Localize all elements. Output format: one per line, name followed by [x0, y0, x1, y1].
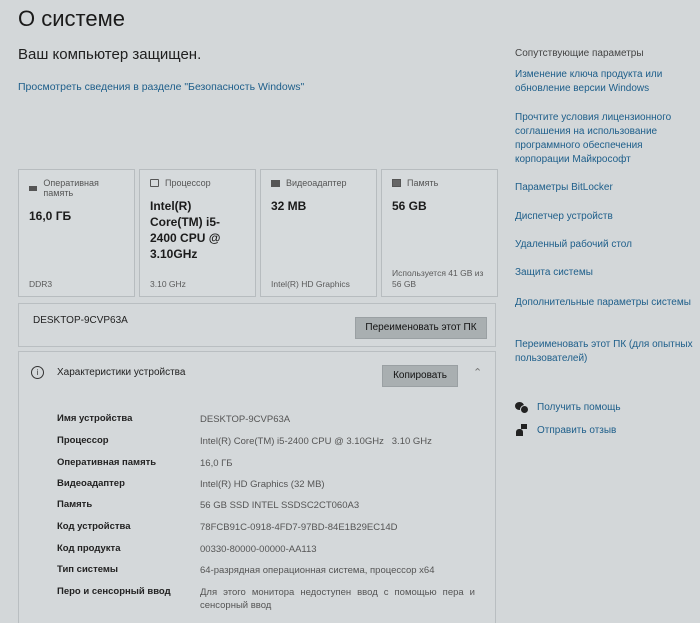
remote-desktop-link[interactable]: Удаленный рабочий стол	[515, 238, 695, 252]
license-terms-link[interactable]: Прочтите условия лицензионного соглашени…	[515, 111, 695, 167]
device-specs-title: Характеристики устройства	[57, 367, 185, 378]
spec-value: 56 GB SSD INTEL SSDSC2CT060A3	[200, 499, 475, 512]
pc-name-row: DESKTOP-9CVP63A Переименовать этот ПК	[18, 303, 496, 347]
card-sub: 3.10 GHz	[150, 279, 247, 290]
card-gpu: Видеоадаптер 32 MB Intel(R) HD Graphics	[260, 169, 377, 297]
card-label: Видеоадаптер	[286, 178, 346, 188]
spec-label: Тип системы	[57, 564, 118, 575]
spec-value: Для этого монитора недоступен ввод с пом…	[200, 586, 475, 612]
rename-pc-advanced-link[interactable]: Переименовать этот ПК (для опытных польз…	[515, 338, 695, 366]
card-label: Оперативная память	[43, 178, 124, 198]
send-feedback-label: Отправить отзыв	[537, 425, 616, 436]
card-label: Процессор	[165, 178, 211, 188]
ram-icon	[29, 186, 37, 191]
card-sub: DDR3	[29, 279, 126, 290]
send-feedback-link[interactable]: Отправить отзыв	[515, 424, 616, 436]
pc-name: DESKTOP-9CVP63A	[33, 315, 128, 326]
spec-label: Оперативная память	[57, 457, 156, 468]
card-value: 32 MB	[271, 198, 366, 214]
card-ram: Оперативная память 16,0 ГБ DDR3	[18, 169, 135, 297]
card-sub: Intel(R) HD Graphics	[271, 279, 368, 290]
copy-button[interactable]: Копировать	[382, 365, 458, 387]
info-icon: i	[31, 366, 44, 379]
advanced-system-settings-link[interactable]: Дополнительные параметры системы	[515, 296, 695, 310]
security-details-link[interactable]: Просмотреть сведения в разделе "Безопасн…	[18, 81, 308, 94]
bitlocker-link[interactable]: Параметры BitLocker	[515, 181, 695, 195]
card-value: 56 GB	[392, 198, 487, 214]
device-specs-header[interactable]: i Характеристики устройства Копировать ⌃	[18, 351, 496, 393]
card-value: 16,0 ГБ	[29, 208, 124, 224]
change-product-key-link[interactable]: Изменение ключа продукта или обновление …	[515, 68, 695, 96]
card-cpu: Процессор Intel(R) Core(TM) i5-2400 CPU …	[139, 169, 256, 297]
device-manager-link[interactable]: Диспетчер устройств	[515, 210, 695, 224]
spec-label: Память	[57, 499, 92, 510]
protection-status: Ваш компьютер защищен.	[18, 46, 201, 63]
rename-pc-button[interactable]: Переименовать этот ПК	[355, 317, 487, 339]
page-title: О системе	[18, 6, 125, 32]
spec-value: 16,0 ГБ	[200, 457, 475, 470]
spec-value: Intel(R) Core(TM) i5-2400 CPU @ 3.10GHz …	[200, 435, 475, 448]
gpu-icon	[271, 180, 280, 187]
about-page: О системе Ваш компьютер защищен. Просмот…	[0, 0, 700, 623]
spec-value: 78FCB91C-0918-4FD7-97BD-84E1B29EC14D	[200, 521, 475, 534]
spec-value: DESKTOP-9CVP63A	[200, 413, 475, 426]
storage-icon	[392, 179, 401, 187]
related-settings-heading: Сопутствующие параметры	[515, 48, 644, 59]
chevron-up-icon[interactable]: ⌃	[473, 366, 482, 379]
spec-value: 64-разрядная операционная система, проце…	[200, 564, 475, 577]
spec-label: Имя устройства	[57, 413, 132, 424]
card-sub: Используется 41 GB из 56 GB	[392, 268, 489, 290]
spec-label: Код устройства	[57, 521, 131, 532]
help-icon	[515, 401, 527, 413]
card-label: Память	[407, 178, 438, 188]
card-storage: Память 56 GB Используется 41 GB из 56 GB	[381, 169, 498, 297]
spec-value: 00330-80000-00000-AA113	[200, 543, 475, 556]
system-protection-link[interactable]: Защита системы	[515, 266, 695, 280]
device-specs-list: Имя устройства DESKTOP-9CVP63A Процессор…	[18, 393, 496, 623]
spec-label: Перо и сенсорный ввод	[57, 586, 171, 597]
get-help-link[interactable]: Получить помощь	[515, 401, 621, 413]
cpu-icon	[150, 179, 159, 187]
spec-label: Процессор	[57, 435, 109, 446]
card-value: Intel(R) Core(TM) i5-2400 CPU @ 3.10GHz	[150, 198, 245, 262]
feedback-icon	[515, 424, 527, 436]
get-help-label: Получить помощь	[537, 402, 621, 413]
spec-label: Код продукта	[57, 543, 121, 554]
spec-label: Видеоадаптер	[57, 478, 125, 489]
spec-value: Intel(R) HD Graphics (32 MB)	[200, 478, 475, 491]
hardware-cards: Оперативная память 16,0 ГБ DDR3 Процессо…	[18, 169, 498, 297]
